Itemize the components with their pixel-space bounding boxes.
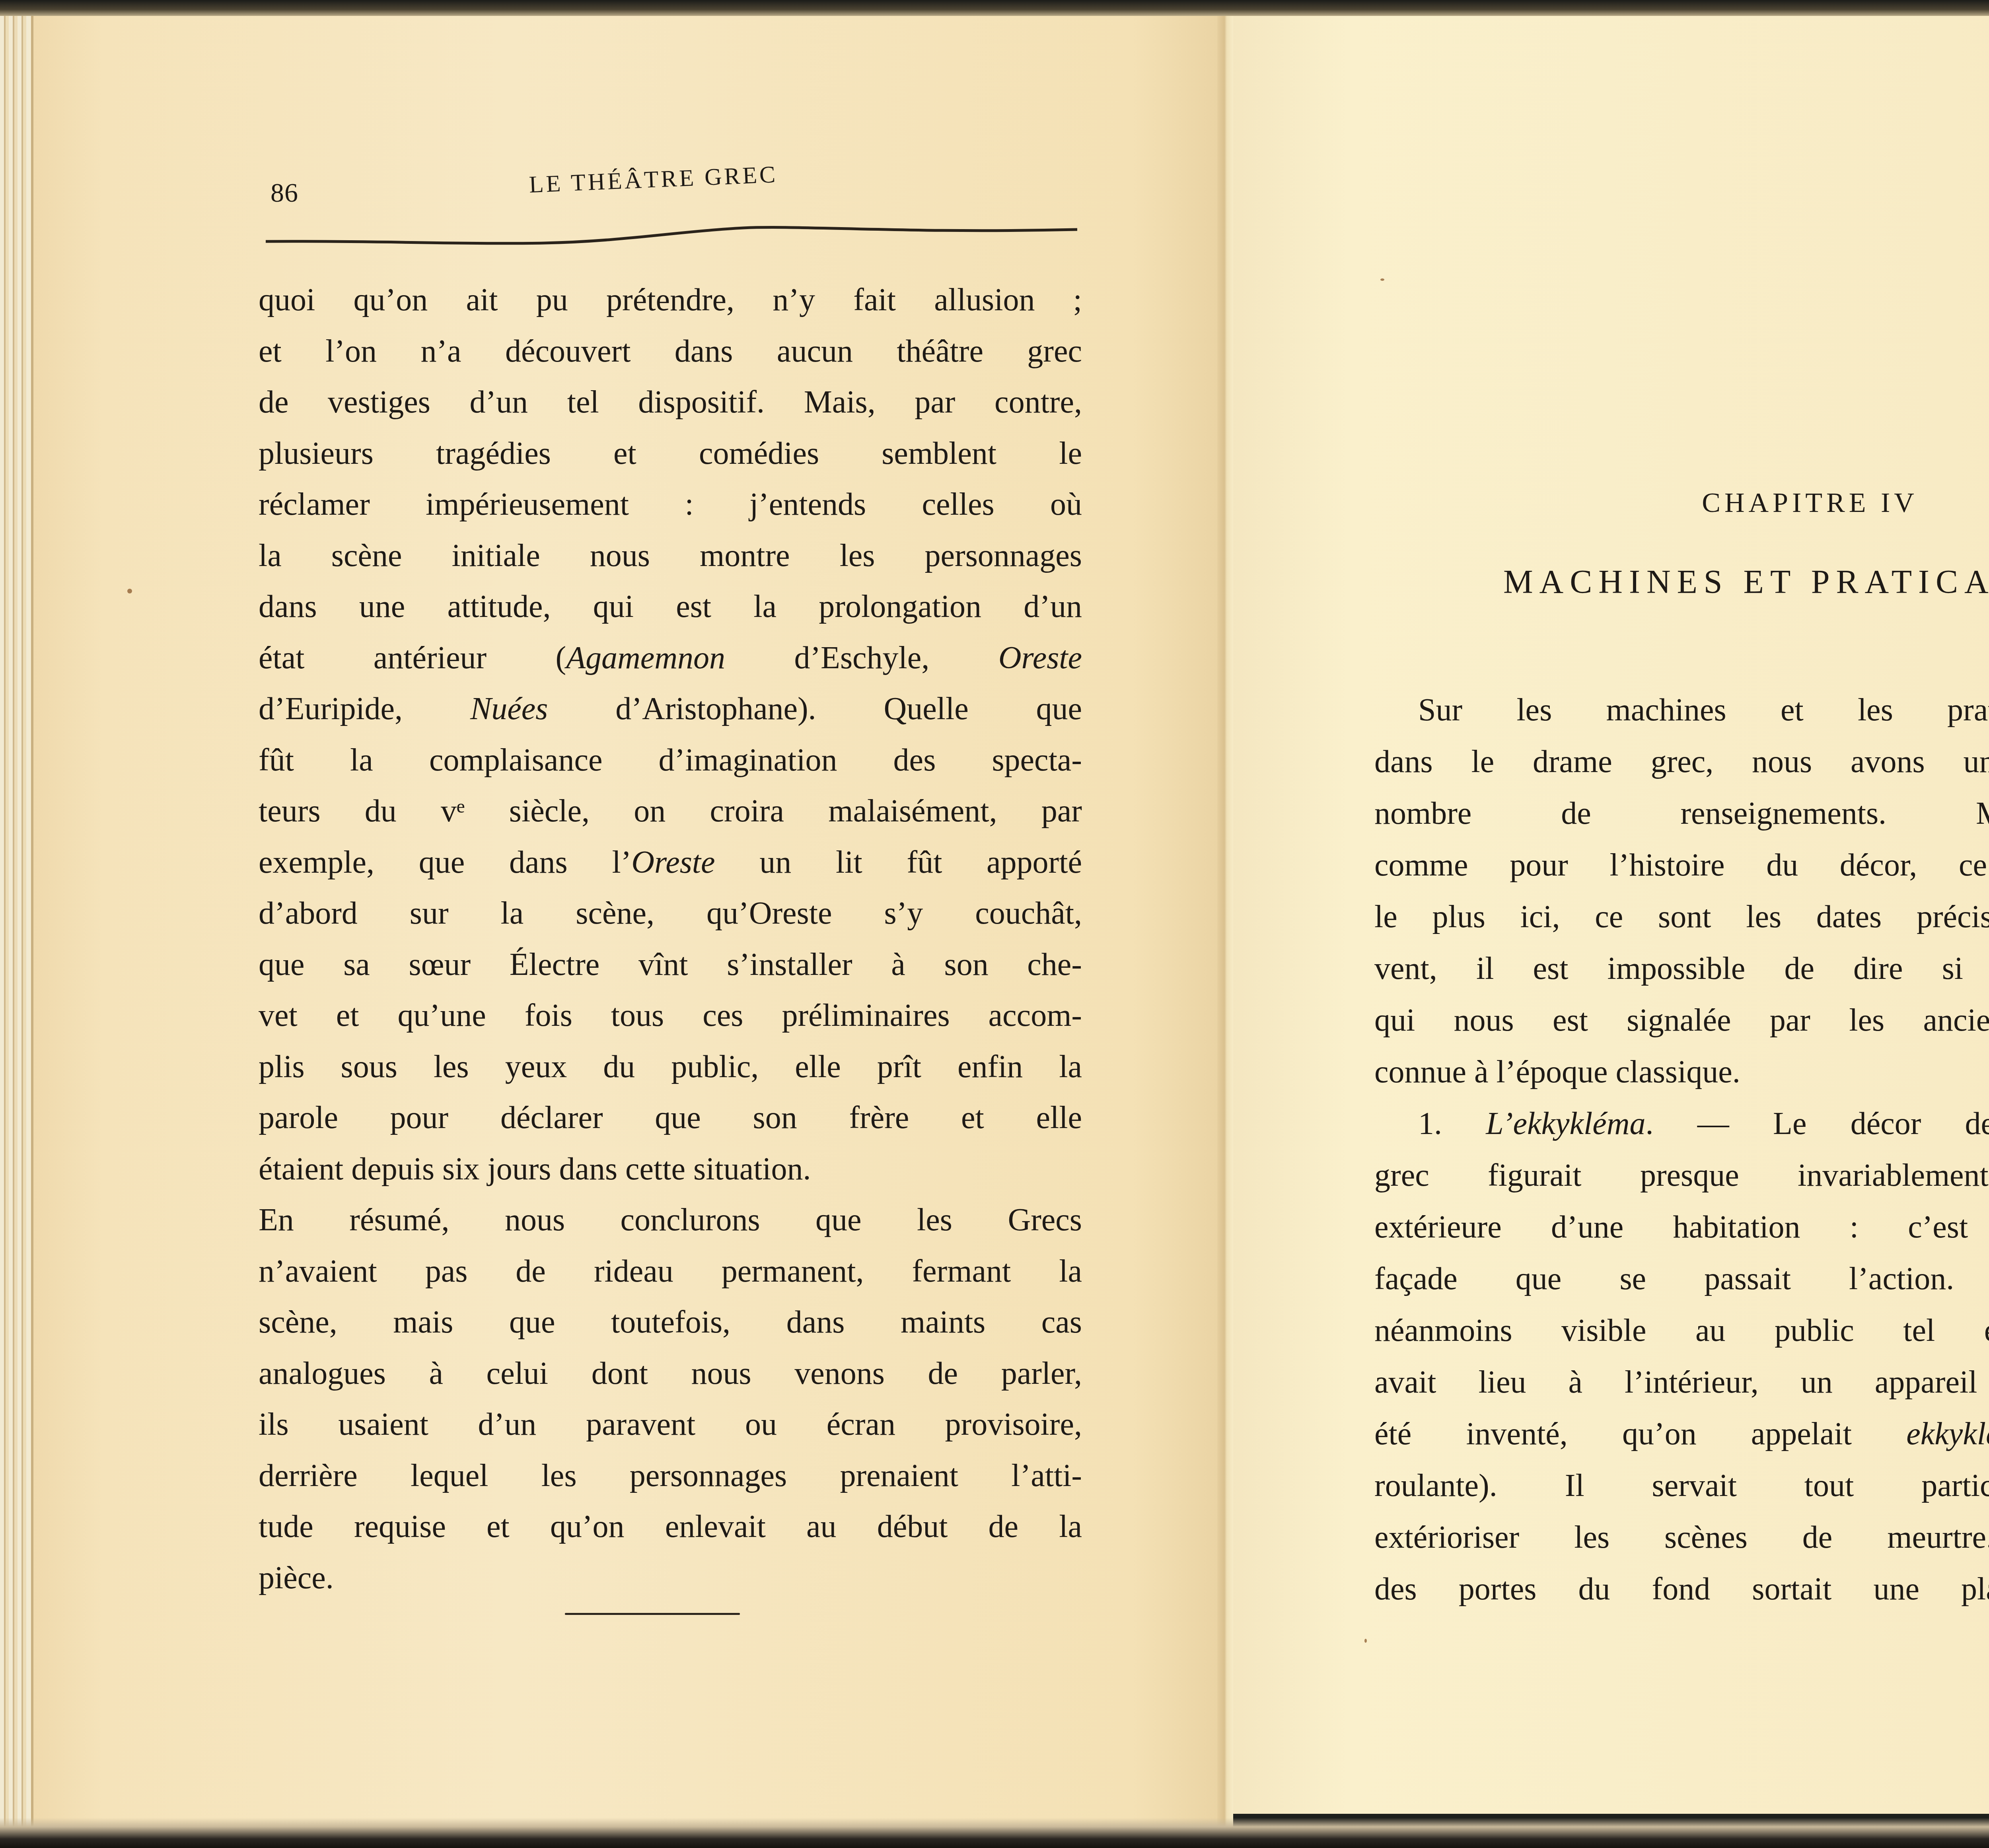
text-line: réclamer impérieusement : j’entends cell… (259, 479, 1082, 530)
text-line: été inventé, qu’on appelait ekkykléma (m… (1374, 1408, 1989, 1460)
text-segment: le plus ici, ce sont les dates précises.… (1374, 899, 1989, 934)
text-segment: de vestiges d’un tel dispositif. Mais, p… (259, 385, 1082, 420)
text-line: parole pour déclarer que son frère et el… (259, 1092, 1082, 1144)
text-line: nombre de renseignements. Malheureusemen… (1374, 788, 1989, 839)
italic-title: ekkykléma (1906, 1416, 1989, 1451)
text-segment: vet et qu’une fois tous ces préliminaire… (259, 998, 1082, 1033)
text-line: extérioriser les scènes de meurtre. Par … (1374, 1511, 1989, 1563)
text-segment: la scène initiale nous montre les person… (259, 538, 1082, 573)
text-segment: dans le drame grec, nous avons un assez … (1374, 744, 1989, 779)
text-line: façade que se passait l’action. Pour ren… (1374, 1253, 1989, 1305)
text-segment: plusieurs tragédies et comédies semblent… (259, 436, 1082, 471)
text-segment: d’abord sur la scène, qu’Oreste s’y couc… (259, 896, 1082, 931)
italic-title: Agamemnon (566, 640, 725, 675)
text-line: étaient depuis six jours dans cette situ… (259, 1144, 1082, 1195)
text-line: plis sous les yeux du public, elle prît … (259, 1041, 1082, 1093)
text-line: roulante). Il servait tout particulièrem… (1374, 1460, 1989, 1511)
paper-speck (1364, 1639, 1367, 1643)
text-segment: . — Le décor de tout drame (1646, 1106, 1989, 1141)
text-segment: d’Aristophane). Quelle que (548, 691, 1082, 726)
text-segment: 1. (1418, 1106, 1486, 1141)
text-segment: d’Eschyle, (725, 640, 998, 675)
text-line: En résumé, nous conclurons que les Grecs (259, 1194, 1082, 1246)
section-end-rule (565, 1613, 740, 1615)
text-line: de vestiges d’un tel dispositif. Mais, p… (259, 377, 1082, 428)
text-segment: que sa sœur Électre vînt s’installer à s… (259, 947, 1082, 982)
text-line: grec figurait presque invariablement la … (1374, 1150, 1989, 1201)
left-page-header: 86 LE THÉÂTRE GREC (271, 171, 1098, 203)
text-line: n’avaient pas de rideau permanent, ferma… (259, 1246, 1082, 1297)
text-segment: qui nous est signalée par les anciens, é… (1374, 1003, 1989, 1038)
text-line: d’Euripide, Nuées d’Aristophane). Quelle… (259, 683, 1082, 735)
text-line: des portes du fond sortait une plate-for… (1374, 1563, 1989, 1615)
text-segment: pièce. (259, 1560, 334, 1595)
text-line: comme pour l’histoire du décor, ce qui m… (1374, 839, 1989, 891)
header-rule (266, 221, 1077, 249)
text-segment: scène, mais que toutefois, dans maints c… (259, 1305, 1082, 1340)
italic-title: Oreste (998, 640, 1082, 675)
text-line: la scène initiale nous montre les person… (259, 530, 1082, 582)
text-segment: nombre de renseignements. Malheureusemen… (1374, 796, 1989, 831)
text-line: néanmoins visible au public tel événemen… (1374, 1305, 1989, 1356)
text-line: et l’on n’a découvert dans aucun théâtre… (259, 326, 1082, 377)
text-line: scène, mais que toutefois, dans maints c… (259, 1297, 1082, 1348)
text-line: ils usaient d’un paravent ou écran provi… (259, 1399, 1082, 1450)
text-line: connue à l’époque classique. (1374, 1046, 1989, 1098)
text-segment: extérioriser les scènes de meurtre. Par … (1374, 1520, 1989, 1555)
text-line: dans une attitude, qui est la prolongati… (259, 581, 1082, 632)
text-segment: fût la complaisance d’imagination des sp… (259, 743, 1082, 778)
italic-title: L’ekkykléma (1486, 1106, 1645, 1141)
text-segment: comme pour l’histoire du décor, ce qui m… (1374, 848, 1989, 883)
text-segment: état antérieur ( (259, 640, 566, 675)
text-line: extérieure d’une habitation : c’est deva… (1374, 1201, 1989, 1253)
text-segment: teurs du vᵉ siècle, on croira malaisémen… (259, 794, 1082, 829)
text-segment: n’avaient pas de rideau permanent, ferma… (259, 1254, 1082, 1289)
text-line: tude requise et qu’on enlevait au début … (259, 1501, 1082, 1552)
italic-title: Oreste (631, 845, 715, 880)
text-segment: un lit fût apporté (715, 845, 1082, 880)
book-gutter (1217, 16, 1233, 1830)
paper-speck (1380, 278, 1384, 281)
text-line: pièce. (259, 1552, 1082, 1604)
book-bottom-edge (0, 1818, 1989, 1848)
text-segment: analogues à celui dont nous venons de pa… (259, 1356, 1082, 1391)
left-fore-edge (0, 16, 31, 1830)
text-segment: quoi qu’on ait pu prétendre, n’y fait al… (259, 282, 1082, 317)
book-spread: 86 LE THÉÂTRE GREC quoi qu’on ait pu pré… (0, 0, 1989, 1848)
text-segment: vent, il est impossible de dire si telle… (1374, 951, 1989, 986)
text-segment: tude requise et qu’on enlevait au début … (259, 1509, 1082, 1544)
chapter-number: CHAPITRE IV (1353, 487, 1989, 519)
text-line: derrière lequel les personnages prenaien… (259, 1450, 1082, 1502)
right-page-body: Sur les machines et les praticables usit… (1374, 684, 1989, 1615)
text-line: analogues à celui dont nous venons de pa… (259, 1348, 1082, 1399)
text-segment: d’Euripide, (259, 691, 470, 726)
text-line: quoi qu’on ait pu prétendre, n’y fait al… (259, 274, 1082, 326)
text-segment: des portes du fond sortait une plate-for… (1374, 1572, 1989, 1607)
text-segment: plis sous les yeux du public, elle prît … (259, 1049, 1082, 1084)
text-line: avait lieu à l’intérieur, un appareil sp… (1374, 1356, 1989, 1408)
text-line: qui nous est signalée par les anciens, é… (1374, 994, 1989, 1046)
text-segment: parole pour déclarer que son frère et el… (259, 1100, 1082, 1135)
text-line: Sur les machines et les praticables usit… (1374, 684, 1989, 736)
text-line: teurs du vᵉ siècle, on croira malaisémen… (259, 786, 1082, 837)
text-line: vet et qu’une fois tous ces préliminaire… (259, 990, 1082, 1041)
text-segment: derrière lequel les personnages prenaien… (259, 1458, 1082, 1493)
text-segment: connue à l’époque classique. (1374, 1054, 1740, 1089)
text-segment: et l’on n’a découvert dans aucun théâtre… (259, 334, 1082, 369)
text-line: fût la complaisance d’imagination des sp… (259, 735, 1082, 786)
text-line: le plus ici, ce sont les dates précises.… (1374, 891, 1989, 943)
chapter-title: MACHINES ET PRATICABLES. (1353, 563, 1989, 601)
text-line: d’abord sur la scène, qu’Oreste s’y couc… (259, 888, 1082, 939)
text-segment: néanmoins visible au public tel événemen… (1374, 1313, 1989, 1348)
text-segment: été inventé, qu’on appelait (1374, 1416, 1906, 1451)
text-line: état antérieur (Agamemnon d’Eschyle, Ore… (259, 632, 1082, 684)
text-segment: étaient depuis six jours dans cette situ… (259, 1152, 811, 1187)
text-line: exemple, que dans l’Oreste un lit fût ap… (259, 837, 1082, 888)
paper-speck (127, 589, 132, 593)
text-segment: En résumé, nous conclurons que les Grecs (259, 1202, 1082, 1237)
text-segment: roulante). Il servait tout particulièrem… (1374, 1468, 1989, 1503)
text-line: 1. L’ekkykléma. — Le décor de tout drame (1374, 1098, 1989, 1150)
text-segment: Sur les machines et les praticables usit… (1418, 693, 1989, 728)
left-page-body: quoi qu’on ait pu prétendre, n’y fait al… (259, 274, 1082, 1603)
text-line: dans le drame grec, nous avons un assez … (1374, 736, 1989, 788)
text-segment: avait lieu à l’intérieur, un appareil sp… (1374, 1365, 1989, 1400)
page-number: 86 (271, 177, 298, 208)
text-line: plusieurs tragédies et comédies semblent… (259, 428, 1082, 479)
text-line: vent, il est impossible de dire si telle… (1374, 943, 1989, 994)
text-segment: façade que se passait l’action. Pour ren… (1374, 1261, 1989, 1296)
text-line: que sa sœur Électre vînt s’installer à s… (259, 939, 1082, 990)
text-segment: dans une attitude, qui est la prolongati… (259, 589, 1082, 624)
text-segment: exemple, que dans l’ (259, 845, 631, 880)
text-segment: extérieure d’une habitation : c’est (1374, 1210, 1989, 1245)
italic-title: Nuées (470, 691, 548, 726)
text-segment: ils usaient d’un paravent ou écran provi… (259, 1407, 1082, 1442)
text-segment: réclamer impérieusement : j’entends cell… (259, 487, 1082, 522)
text-segment: grec figurait presque invariablement la … (1374, 1158, 1989, 1193)
